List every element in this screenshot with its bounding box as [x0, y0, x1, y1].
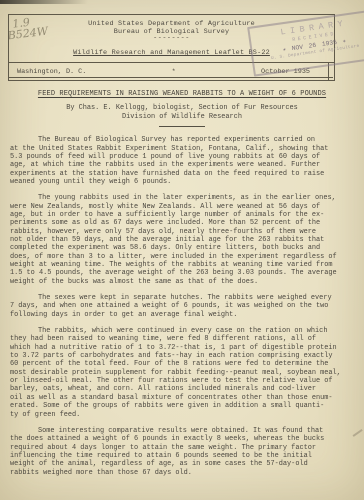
- paragraph: The sexes were kept in separate hutches.…: [10, 294, 354, 319]
- star-icon: ✶: [282, 46, 286, 53]
- paragraph: The young rabbits used in the later expe…: [10, 194, 354, 286]
- center-mark: *: [172, 68, 176, 76]
- scanned-leaflet-page: 1.9 B524W United States Department of Ag…: [0, 0, 364, 500]
- document-body: FEED REQUIREMENTS IN RAISING WEANED RABB…: [10, 90, 354, 477]
- star-icon: ✶: [342, 38, 346, 45]
- paragraph: The Bureau of Biological Survey has repo…: [10, 136, 354, 186]
- dateline-place: Washington, D. C.: [17, 68, 86, 76]
- scan-edge-artifact: [0, 0, 88, 4]
- document-title: FEED REQUIREMENTS IN RAISING WEANED RABB…: [10, 90, 354, 99]
- paragraph: The rabbits, which were continued in eve…: [10, 327, 354, 419]
- byline-division: Division of Wildlife Research: [10, 113, 354, 122]
- masthead-bottom-rule: [8, 77, 333, 78]
- pencil-mark-artifact: [353, 429, 363, 437]
- leaflet-title: Wildlife Research and Management Leaflet…: [73, 49, 270, 57]
- byline-separator: [159, 126, 205, 127]
- byline-author: By Chas. E. Kellogg, biologist, Section …: [10, 104, 354, 113]
- paragraph: Some interesting comparative results wer…: [10, 427, 354, 477]
